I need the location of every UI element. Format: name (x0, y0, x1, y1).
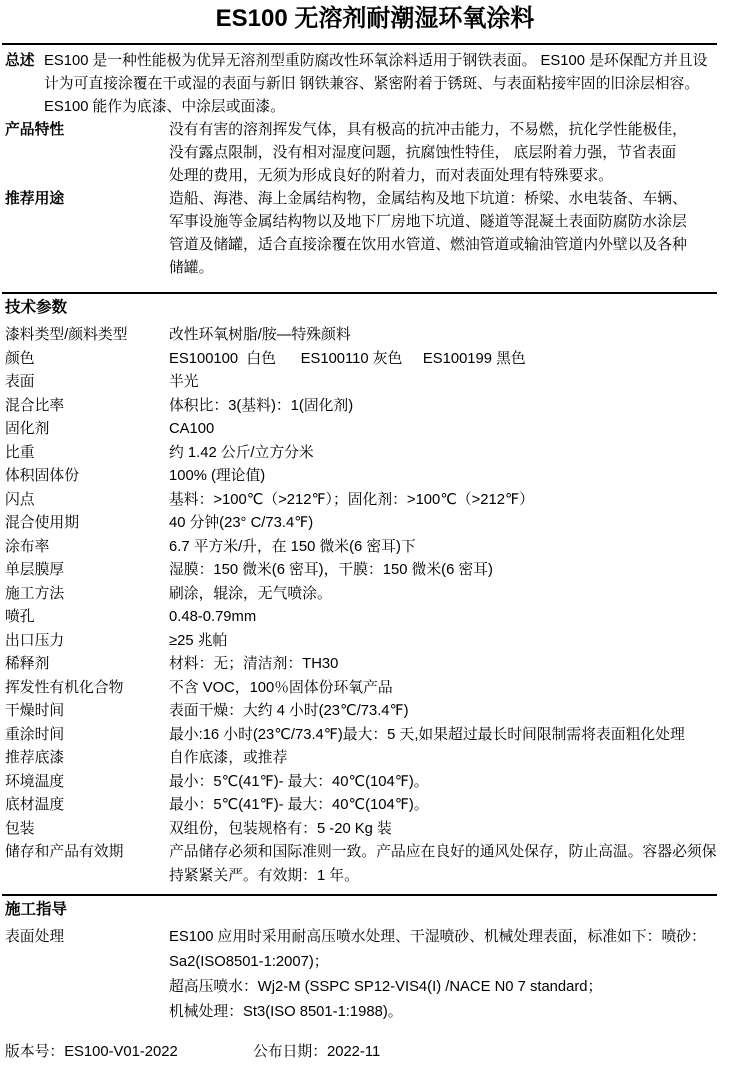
param-label: 颜色 (0, 348, 169, 372)
param-value: 没有有害的溶剂挥发气体，具有极高的抗冲击能力，不易燃，抗化学性能极佳， 没有露点… (169, 119, 750, 188)
param-value: 半光 (169, 371, 750, 395)
table-row: 推荐底漆自作底漆，或推荐 (0, 747, 750, 771)
table-row: 包装双组份，包装规格有：5 -20 Kg 装 (0, 818, 750, 842)
param-label: 干燥时间 (0, 700, 169, 724)
param-value: ≥25 兆帕 (169, 630, 750, 654)
table-row: 喷孔0.48-0.79mm (0, 606, 750, 630)
table-row: 环境温度最小：5℃(41℉)- 最大：40℃(104℉)。 (0, 771, 750, 795)
param-value: 100% (理论值) (169, 465, 750, 489)
param-label: 出口压力 (0, 630, 169, 654)
param-label: 施工方法 (0, 583, 169, 607)
param-value: 约 1.42 公斤/立方分米 (169, 442, 750, 466)
table-row: 混合使用期40 分钟(23° C/73.4℉) (0, 512, 750, 536)
table-row: 施工方法刷涂，辊涂，无气喷涂。 (0, 583, 750, 607)
param-value: 刷涂，辊涂，无气喷涂。 (169, 583, 750, 607)
table-row: 闪点基料：>100℃（>212℉）；固化剂：>100℃（>212℉） (0, 489, 750, 513)
table-row: 稀释剂材料：无；清洁剂：TH30 (0, 653, 750, 677)
param-label: 挥发性有机化合物 (0, 677, 169, 701)
param-label: 表面 (0, 371, 169, 395)
guide-section-heading: 施工指导 (0, 898, 750, 922)
param-value: 6.7 平方米/升，在 150 微米(6 密耳)下 (169, 536, 750, 560)
publish-date: 公布日期：2022-11 (253, 1042, 380, 1062)
overview-label: 总述 (0, 50, 44, 119)
param-label: 固化剂 (0, 418, 169, 442)
table-row: 产品特性没有有害的溶剂挥发气体，具有极高的抗冲击能力，不易燃，抗化学性能极佳， … (0, 119, 750, 188)
param-label: 体积固体份 (0, 465, 169, 489)
param-value: 最小：5℃(41℉)- 最大：40℃(104℉)。 (169, 771, 750, 795)
table-row: 比重约 1.42 公斤/立方分米 (0, 442, 750, 466)
param-label: 混合比率 (0, 395, 169, 419)
param-value: CA100 (169, 418, 750, 442)
param-value: 最小：5℃(41℉)- 最大：40℃(104℉)。 (169, 794, 750, 818)
param-value: 改性环氧树脂/胺—特殊颜料 (169, 324, 750, 348)
param-label: 推荐底漆 (0, 747, 169, 771)
param-value: 产品储存必须和国际准则一致。产品应在良好的通风处保存，防止高温。容器必须保 持紧… (169, 841, 750, 888)
param-label: 表面处理 (0, 925, 169, 1025)
param-label: 稀释剂 (0, 653, 169, 677)
table-row: 底材温度最小：5℃(41℉)- 最大：40℃(104℉)。 (0, 794, 750, 818)
overview-section: 总述 ES100 是一种性能极为优异无溶剂型重防腐改性环氧涂料适用于钢铁表面。 … (0, 50, 750, 119)
param-value: 不含 VOC，100％固体份环氧产品 (169, 677, 750, 701)
table-row: 干燥时间表面干燥：大约 4 小时(23℃/73.4℉) (0, 700, 750, 724)
table-row: 颜色ES100100 白色 ES100110 灰色 ES100199 黑色 (0, 348, 750, 372)
table-row: 固化剂CA100 (0, 418, 750, 442)
table-row: 挥发性有机化合物不含 VOC，100％固体份环氧产品 (0, 677, 750, 701)
table-row: 重涂时间最小:16 小时(23℃/73.4℉)最大：5 天,如果超过最长时间限制… (0, 724, 750, 748)
table-row: 推荐用途造船、海港、海上金属结构物，金属结构及地下坑道：桥梁、水电装备、车辆、 … (0, 188, 750, 280)
param-value: ES100100 白色 ES100110 灰色 ES100199 黑色 (169, 348, 750, 372)
param-label: 比重 (0, 442, 169, 466)
table-row: 表面处理ES100 应用时采用耐高压喷水处理、干湿喷砂、机械处理表面，标准如下：… (0, 925, 750, 1025)
param-label: 喷孔 (0, 606, 169, 630)
param-label: 重涂时间 (0, 724, 169, 748)
param-value: 湿膜：150 微米(6 密耳)，干膜：150 微米(6 密耳) (169, 559, 750, 583)
param-label: 储存和产品有效期 (0, 841, 169, 888)
intro-rows: 产品特性没有有害的溶剂挥发气体，具有极高的抗冲击能力，不易燃，抗化学性能极佳， … (0, 119, 750, 280)
divider (2, 894, 717, 896)
param-value: 造船、海港、海上金属结构物，金属结构及地下坑道：桥梁、水电装备、车辆、 军事设施… (169, 188, 750, 280)
table-row: 涂布率6.7 平方米/升，在 150 微米(6 密耳)下 (0, 536, 750, 560)
param-label: 闪点 (0, 489, 169, 513)
table-row: 体积固体份100% (理论值) (0, 465, 750, 489)
param-value: 最小:16 小时(23℃/73.4℉)最大：5 天,如果超过最长时间限制需将表面… (169, 724, 750, 748)
tech-parameter-table: 漆料类型/颜料类型改性环氧树脂/胺—特殊颜料颜色ES100100 白色 ES10… (0, 324, 750, 888)
param-label: 单层膜厚 (0, 559, 169, 583)
param-value: 双组份，包装规格有：5 -20 Kg 装 (169, 818, 750, 842)
param-label: 包装 (0, 818, 169, 842)
overview-text: ES100 是一种性能极为优异无溶剂型重防腐改性环氧涂料适用于钢铁表面。 ES1… (44, 50, 750, 119)
table-row: 出口压力≥25 兆帕 (0, 630, 750, 654)
divider (2, 292, 717, 294)
page-title: ES100 无溶剂耐潮湿环氧涂料 (0, 0, 750, 32)
param-value: 体积比：3(基料)：1(固化剂) (169, 395, 750, 419)
param-label: 底材温度 (0, 794, 169, 818)
param-label: 漆料类型/颜料类型 (0, 324, 169, 348)
datasheet-page: ES100 无溶剂耐潮湿环氧涂料 总述 ES100 是一种性能极为优异无溶剂型重… (0, 0, 750, 1070)
param-value: 材料：无；清洁剂：TH30 (169, 653, 750, 677)
guide-table: 表面处理ES100 应用时采用耐高压喷水处理、干湿喷砂、机械处理表面，标准如下：… (0, 925, 750, 1025)
table-row: 表面半光 (0, 371, 750, 395)
param-label: 产品特性 (0, 119, 169, 188)
param-value: ES100 应用时采用耐高压喷水处理、干湿喷砂、机械处理表面，标准如下：喷砂： … (169, 925, 750, 1025)
param-label: 环境温度 (0, 771, 169, 795)
version-number: 版本号：ES100-V01-2022 (5, 1042, 253, 1062)
param-value: 表面干燥：大约 4 小时(23℃/73.4℉) (169, 700, 750, 724)
param-value: 基料：>100℃（>212℉）；固化剂：>100℃（>212℉） (169, 489, 750, 513)
param-value: 40 分钟(23° C/73.4℉) (169, 512, 750, 536)
param-value: 自作底漆，或推荐 (169, 747, 750, 771)
table-row: 储存和产品有效期产品储存必须和国际准则一致。产品应在良好的通风处保存，防止高温。… (0, 841, 750, 888)
tech-section-heading: 技术参数 (0, 296, 750, 320)
table-row: 混合比率体积比：3(基料)：1(固化剂) (0, 395, 750, 419)
param-label: 涂布率 (0, 536, 169, 560)
param-value: 0.48-0.79mm (169, 606, 750, 630)
table-row: 漆料类型/颜料类型改性环氧树脂/胺—特殊颜料 (0, 324, 750, 348)
param-label: 推荐用途 (0, 188, 169, 280)
divider (2, 43, 717, 45)
param-label: 混合使用期 (0, 512, 169, 536)
footer: 版本号：ES100-V01-2022 公布日期：2022-11 (5, 1042, 380, 1062)
table-row: 单层膜厚湿膜：150 微米(6 密耳)，干膜：150 微米(6 密耳) (0, 559, 750, 583)
